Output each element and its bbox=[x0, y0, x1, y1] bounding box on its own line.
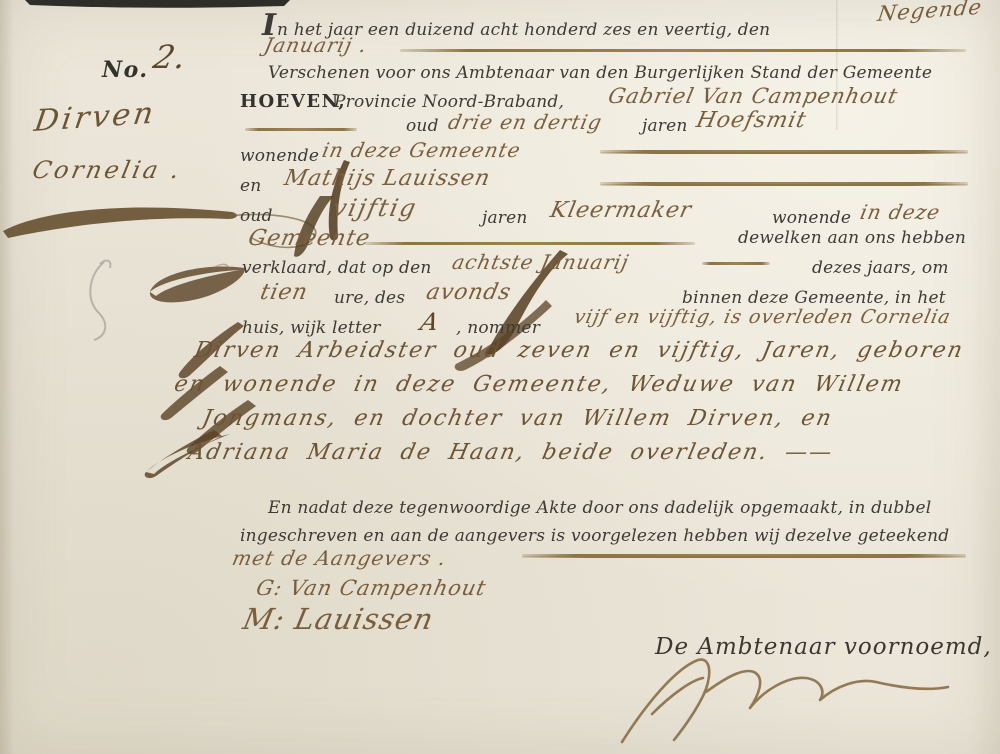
declarant1-age-entry: drie en dertig bbox=[446, 110, 605, 134]
signature-declarant2: M: Lauissen bbox=[240, 602, 437, 636]
ink-rule-blank2 bbox=[365, 242, 695, 245]
ink-rule-short bbox=[702, 262, 770, 265]
ink-rule-blank1 bbox=[245, 128, 357, 131]
pencil-mark bbox=[90, 261, 110, 340]
act-number-value: 2. bbox=[150, 38, 191, 76]
dewelken-printed: dewelken aan ons hebben bbox=[738, 228, 966, 248]
nommer-printed: , nommer bbox=[456, 318, 540, 338]
declarant1-name-entry: Gabriel Van Campenhout bbox=[606, 84, 900, 108]
oud-label-1: oud bbox=[406, 116, 439, 136]
ink-rule-declarant2 bbox=[600, 182, 968, 185]
loop-flourish-1 bbox=[150, 266, 245, 302]
ink-rule-closing bbox=[522, 554, 966, 557]
signature-underflourish bbox=[214, 264, 228, 270]
official-title-printed: De Ambtenaar voornoemd, bbox=[655, 634, 992, 660]
declarant1-residence-entry: in deze Gemeente bbox=[320, 138, 523, 162]
verklaard-printed: verklaard, dat op den bbox=[242, 258, 431, 278]
act-number-label: No. bbox=[102, 57, 149, 83]
municipality-name: HOEVEN, bbox=[240, 91, 346, 112]
declarant2-profession-entry: Kleermaker bbox=[548, 198, 694, 223]
jaren-label-1: jaren bbox=[642, 116, 688, 136]
death-daypart-entry: avonds bbox=[424, 280, 514, 305]
act-month-entry: Januarij . bbox=[262, 33, 370, 57]
appeared-before-printed: Verschenen voor ons Ambtenaar van den Bu… bbox=[268, 63, 932, 83]
wonende-label-1: wonende bbox=[240, 146, 319, 166]
previous-act-rule-remnant bbox=[25, 0, 290, 8]
act-day-entry: Negende bbox=[876, 0, 984, 26]
declarant2-residence-entry-b: Gemeente bbox=[246, 226, 373, 251]
deceased-details-line3: Jongmans, en dochter van Willem Dirven, … bbox=[200, 406, 835, 431]
ure-des-printed: ure, des bbox=[334, 288, 405, 308]
deceased-details-line1: Dirven Arbeidster oud zeven en vijftig, … bbox=[192, 338, 966, 363]
ink-rule-month bbox=[400, 49, 966, 52]
wijk-letter-entry: A bbox=[418, 308, 442, 336]
closing-clause-line2: ingeschreven en aan de aangevers is voor… bbox=[240, 526, 949, 546]
death-hour-entry: tien bbox=[258, 280, 310, 305]
en-label: en bbox=[240, 176, 261, 196]
wonende-label-2: wonende bbox=[772, 208, 851, 228]
binnen-gemeente-printed: binnen deze Gemeente, in het bbox=[682, 288, 946, 308]
met-aangevers-entry: met de Aangevers . bbox=[230, 546, 449, 570]
deceased-details-line4: Adriana Maria de Haan, beide overleden. … bbox=[186, 440, 836, 465]
province-printed: Provincie Noord-Braband, bbox=[334, 92, 564, 112]
ink-rule-residence1 bbox=[600, 150, 968, 153]
death-date-entry: achtste Januarij bbox=[450, 250, 631, 274]
declarant2-name-entry: Mathijs Lauissen bbox=[282, 166, 493, 191]
death-certificate-scan: No. 2. Dirven Cornelia . In het jaar een… bbox=[0, 0, 1000, 754]
margin-deceased-givenname: Cornelia . bbox=[30, 156, 185, 184]
huis-wijk-printed: huis, wijk letter bbox=[242, 318, 381, 338]
oud-label-2: oud bbox=[240, 206, 273, 226]
declarant2-age-entry: vijftig bbox=[330, 194, 420, 222]
declarant2-residence-entry-a: in deze bbox=[858, 200, 943, 224]
deceased-details-line2: en wonende in deze Gemeente, Weduwe van … bbox=[172, 372, 906, 397]
housenumber-deceased-entry: vijf en vijftig, is overleden Cornelia bbox=[572, 306, 953, 328]
dezes-jaars-printed: dezes jaars, om bbox=[812, 258, 949, 278]
signature-declarant1: G: Van Campenhout bbox=[254, 576, 489, 600]
jaren-label-2: jaren bbox=[482, 208, 528, 228]
declarant1-profession-entry: Hoefsmit bbox=[694, 108, 809, 133]
margin-deceased-surname: Dirven bbox=[32, 96, 158, 139]
closing-clause-line1: En nadat deze tegenwoordige Akte door on… bbox=[268, 498, 931, 518]
margin-ink-swash bbox=[3, 208, 237, 238]
official-signature-scrawl bbox=[622, 660, 948, 742]
